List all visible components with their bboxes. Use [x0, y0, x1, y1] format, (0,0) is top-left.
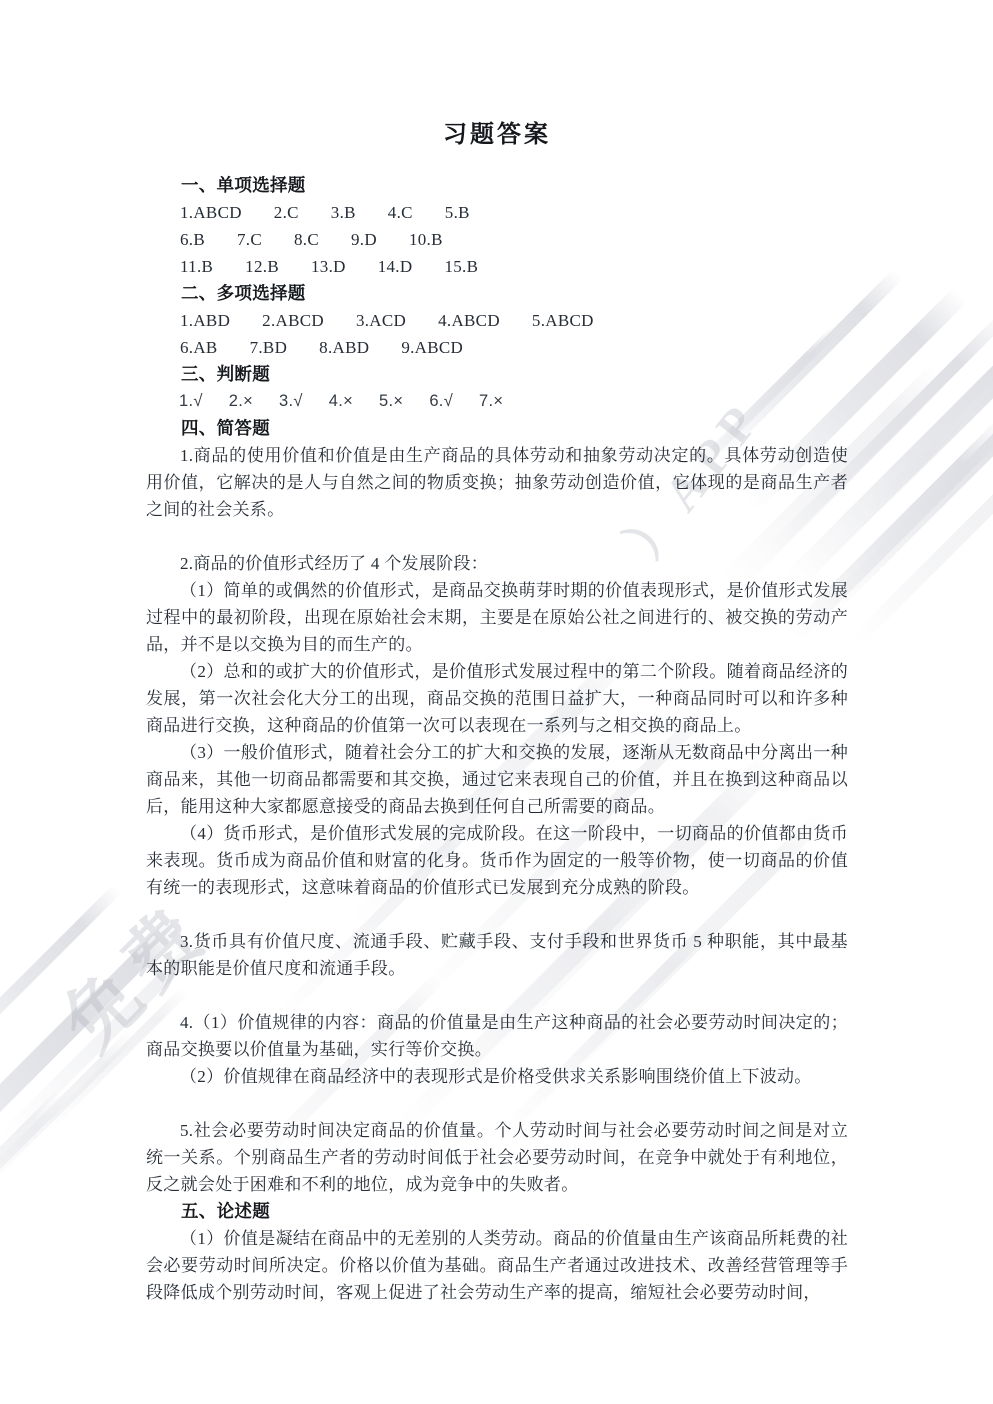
answer-item: 2.ABCD: [262, 307, 324, 334]
answer-item: 5.×: [379, 388, 403, 415]
answer-item: 5.B: [445, 199, 470, 226]
short-answer-item-5: 5.社会必要劳动时间决定商品的价值量。个人劳动时间与社会必要劳动时间之间是对立统…: [146, 1117, 848, 1198]
answer-item: 4.C: [388, 199, 413, 226]
paragraph: 4.（1）价值规律的内容：商品的价值量是由生产这种商品的社会必要劳动时间决定的；…: [146, 1009, 848, 1063]
section-heading-multi-choice: 二、多项选择题: [146, 280, 848, 307]
watermark-streak: [868, 295, 993, 516]
answer-item: 3.B: [331, 199, 356, 226]
watermark-streak: [0, 1028, 138, 1192]
answer-row: 1.ABCD2.C3.B4.C5.B: [146, 199, 848, 226]
paragraph: 5.社会必要劳动时间决定商品的价值量。个人劳动时间与社会必要劳动时间之间是对立统…: [146, 1117, 848, 1198]
section-heading-single-choice: 一、单项选择题: [146, 172, 848, 199]
paragraph: 2.商品的价值形式经历了 4 个发展阶段：: [146, 550, 848, 577]
section-single-choice: 一、单项选择题 1.ABCD2.C3.B4.C5.B 6.B7.C8.C9.D1…: [146, 172, 848, 280]
section-heading-judgment: 三、判断题: [146, 361, 848, 388]
answer-item: 7.C: [237, 226, 262, 253]
answer-item: 9.ABCD: [401, 334, 463, 361]
paragraph: （3）一般价值形式，随着社会分工的扩大和交换的发展，逐渐从无数商品中分离出一种商…: [146, 739, 848, 820]
answer-item: 15.B: [444, 253, 478, 280]
answer-item: 2.C: [274, 199, 299, 226]
answer-item: 6.AB: [180, 334, 218, 361]
answer-row: 1.√2.×3.√4.×5.×6.√7.×: [146, 388, 848, 415]
short-answer-item-4: 4.（1）价值规律的内容：商品的价值量是由生产这种商品的社会必要劳动时间决定的；…: [146, 1009, 848, 1090]
short-answer-item-1: 1.商品的使用价值和价值是由生产商品的具体劳动和抽象劳动决定的。具体劳动创造使用…: [146, 442, 848, 523]
watermark-streak: [825, 347, 993, 613]
answer-item: 5.ABCD: [532, 307, 594, 334]
section-judgment: 三、判断题 1.√2.×3.√4.×5.×6.√7.×: [146, 361, 848, 415]
paragraph: 1.商品的使用价值和价值是由生产商品的具体劳动和抽象劳动决定的。具体劳动创造使用…: [146, 442, 848, 523]
paragraph: 3.货币具有价值尺度、流通手段、贮藏手段、支付手段和世界货币 5 种职能，其中最…: [146, 928, 848, 982]
paragraph: （1）价值是凝结在商品中的无差别的人类劳动。商品的价值量由生产该商品所耗费的社会…: [146, 1225, 848, 1306]
answer-item: 10.B: [409, 226, 443, 253]
answer-row: 6.AB7.BD8.ABD9.ABCD: [146, 334, 848, 361]
answer-row: 6.B7.C8.C9.D10.B: [146, 226, 848, 253]
paragraph: （4）货币形式，是价值形式发展的完成阶段。在这一阶段中，一切商品的价值都由货币来…: [146, 820, 848, 901]
answer-item: 2.×: [229, 388, 253, 415]
answer-item: 1.ABCD: [180, 199, 242, 226]
section-heading-essay: 五、论述题: [146, 1198, 848, 1225]
answer-item: 14.D: [378, 253, 413, 280]
answer-item: 1.ABD: [180, 307, 230, 334]
answer-item: 13.D: [311, 253, 346, 280]
answer-row: 1.ABD2.ABCD3.ACD4.ABCD5.ABCD: [146, 307, 848, 334]
answer-item: 3.√: [279, 388, 303, 415]
watermark-streak: [0, 1087, 71, 1254]
answer-item: 4.×: [329, 388, 353, 415]
answer-item: 3.ACD: [356, 307, 406, 334]
answer-item: 11.B: [180, 253, 213, 280]
answer-item: 12.B: [245, 253, 279, 280]
answer-item: 6.B: [180, 226, 205, 253]
section-essay: 五、论述题 （1）价值是凝结在商品中的无差别的人类劳动。商品的价值量由生产该商品…: [146, 1198, 848, 1306]
answer-item: 9.D: [351, 226, 377, 253]
paragraph: （2）价值规律在商品经济中的表现形式是价格受供求关系影响围绕价值上下波动。: [146, 1063, 848, 1090]
section-heading-short-answer: 四、简答题: [146, 415, 848, 442]
answer-item: 8.C: [294, 226, 319, 253]
document-content: 习题答案 一、单项选择题 1.ABCD2.C3.B4.C5.B 6.B7.C8.…: [146, 118, 848, 1306]
watermark-streak: [0, 884, 122, 1076]
answer-item: 1.√: [179, 388, 203, 415]
answer-item: 4.ABCD: [438, 307, 500, 334]
paragraph: （1）简单的或偶然的价值形式，是商品交换萌芽时期的价值表现形式，是价值形式发展过…: [146, 577, 848, 658]
answer-item: 8.ABD: [319, 334, 369, 361]
answer-item: 7.×: [479, 388, 503, 415]
document-page: 免费 ）APP 习题答案 一、单项选择题 1.ABCD2.C3.B4.C5.B …: [0, 0, 993, 1404]
essay-item-1: （1）价值是凝结在商品中的无差别的人类劳动。商品的价值量由生产该商品所耗费的社会…: [146, 1225, 848, 1306]
watermark-streak: [0, 981, 117, 1179]
paragraph: （2）总和的或扩大的价值形式，是价值形式发展过程中的第二个阶段。随着商品经济的发…: [146, 658, 848, 739]
watermark-streak: [850, 453, 993, 647]
section-multi-choice: 二、多项选择题 1.ABD2.ABCD3.ACD4.ABCD5.ABCD 6.A…: [146, 280, 848, 361]
short-answer-item-2: 2.商品的价值形式经历了 4 个发展阶段： （1）简单的或偶然的价值形式，是商品…: [146, 550, 848, 901]
page-title: 习题答案: [146, 118, 848, 152]
answer-item: 7.BD: [250, 334, 288, 361]
answer-item: 6.√: [429, 388, 453, 415]
section-short-answer: 四、简答题 1.商品的使用价值和价值是由生产商品的具体劳动和抽象劳动决定的。具体…: [146, 415, 848, 1198]
answer-row: 11.B12.B13.D14.D15.B: [146, 253, 848, 280]
short-answer-item-3: 3.货币具有价值尺度、流通手段、贮藏手段、支付手段和世界货币 5 种职能，其中最…: [146, 928, 848, 982]
